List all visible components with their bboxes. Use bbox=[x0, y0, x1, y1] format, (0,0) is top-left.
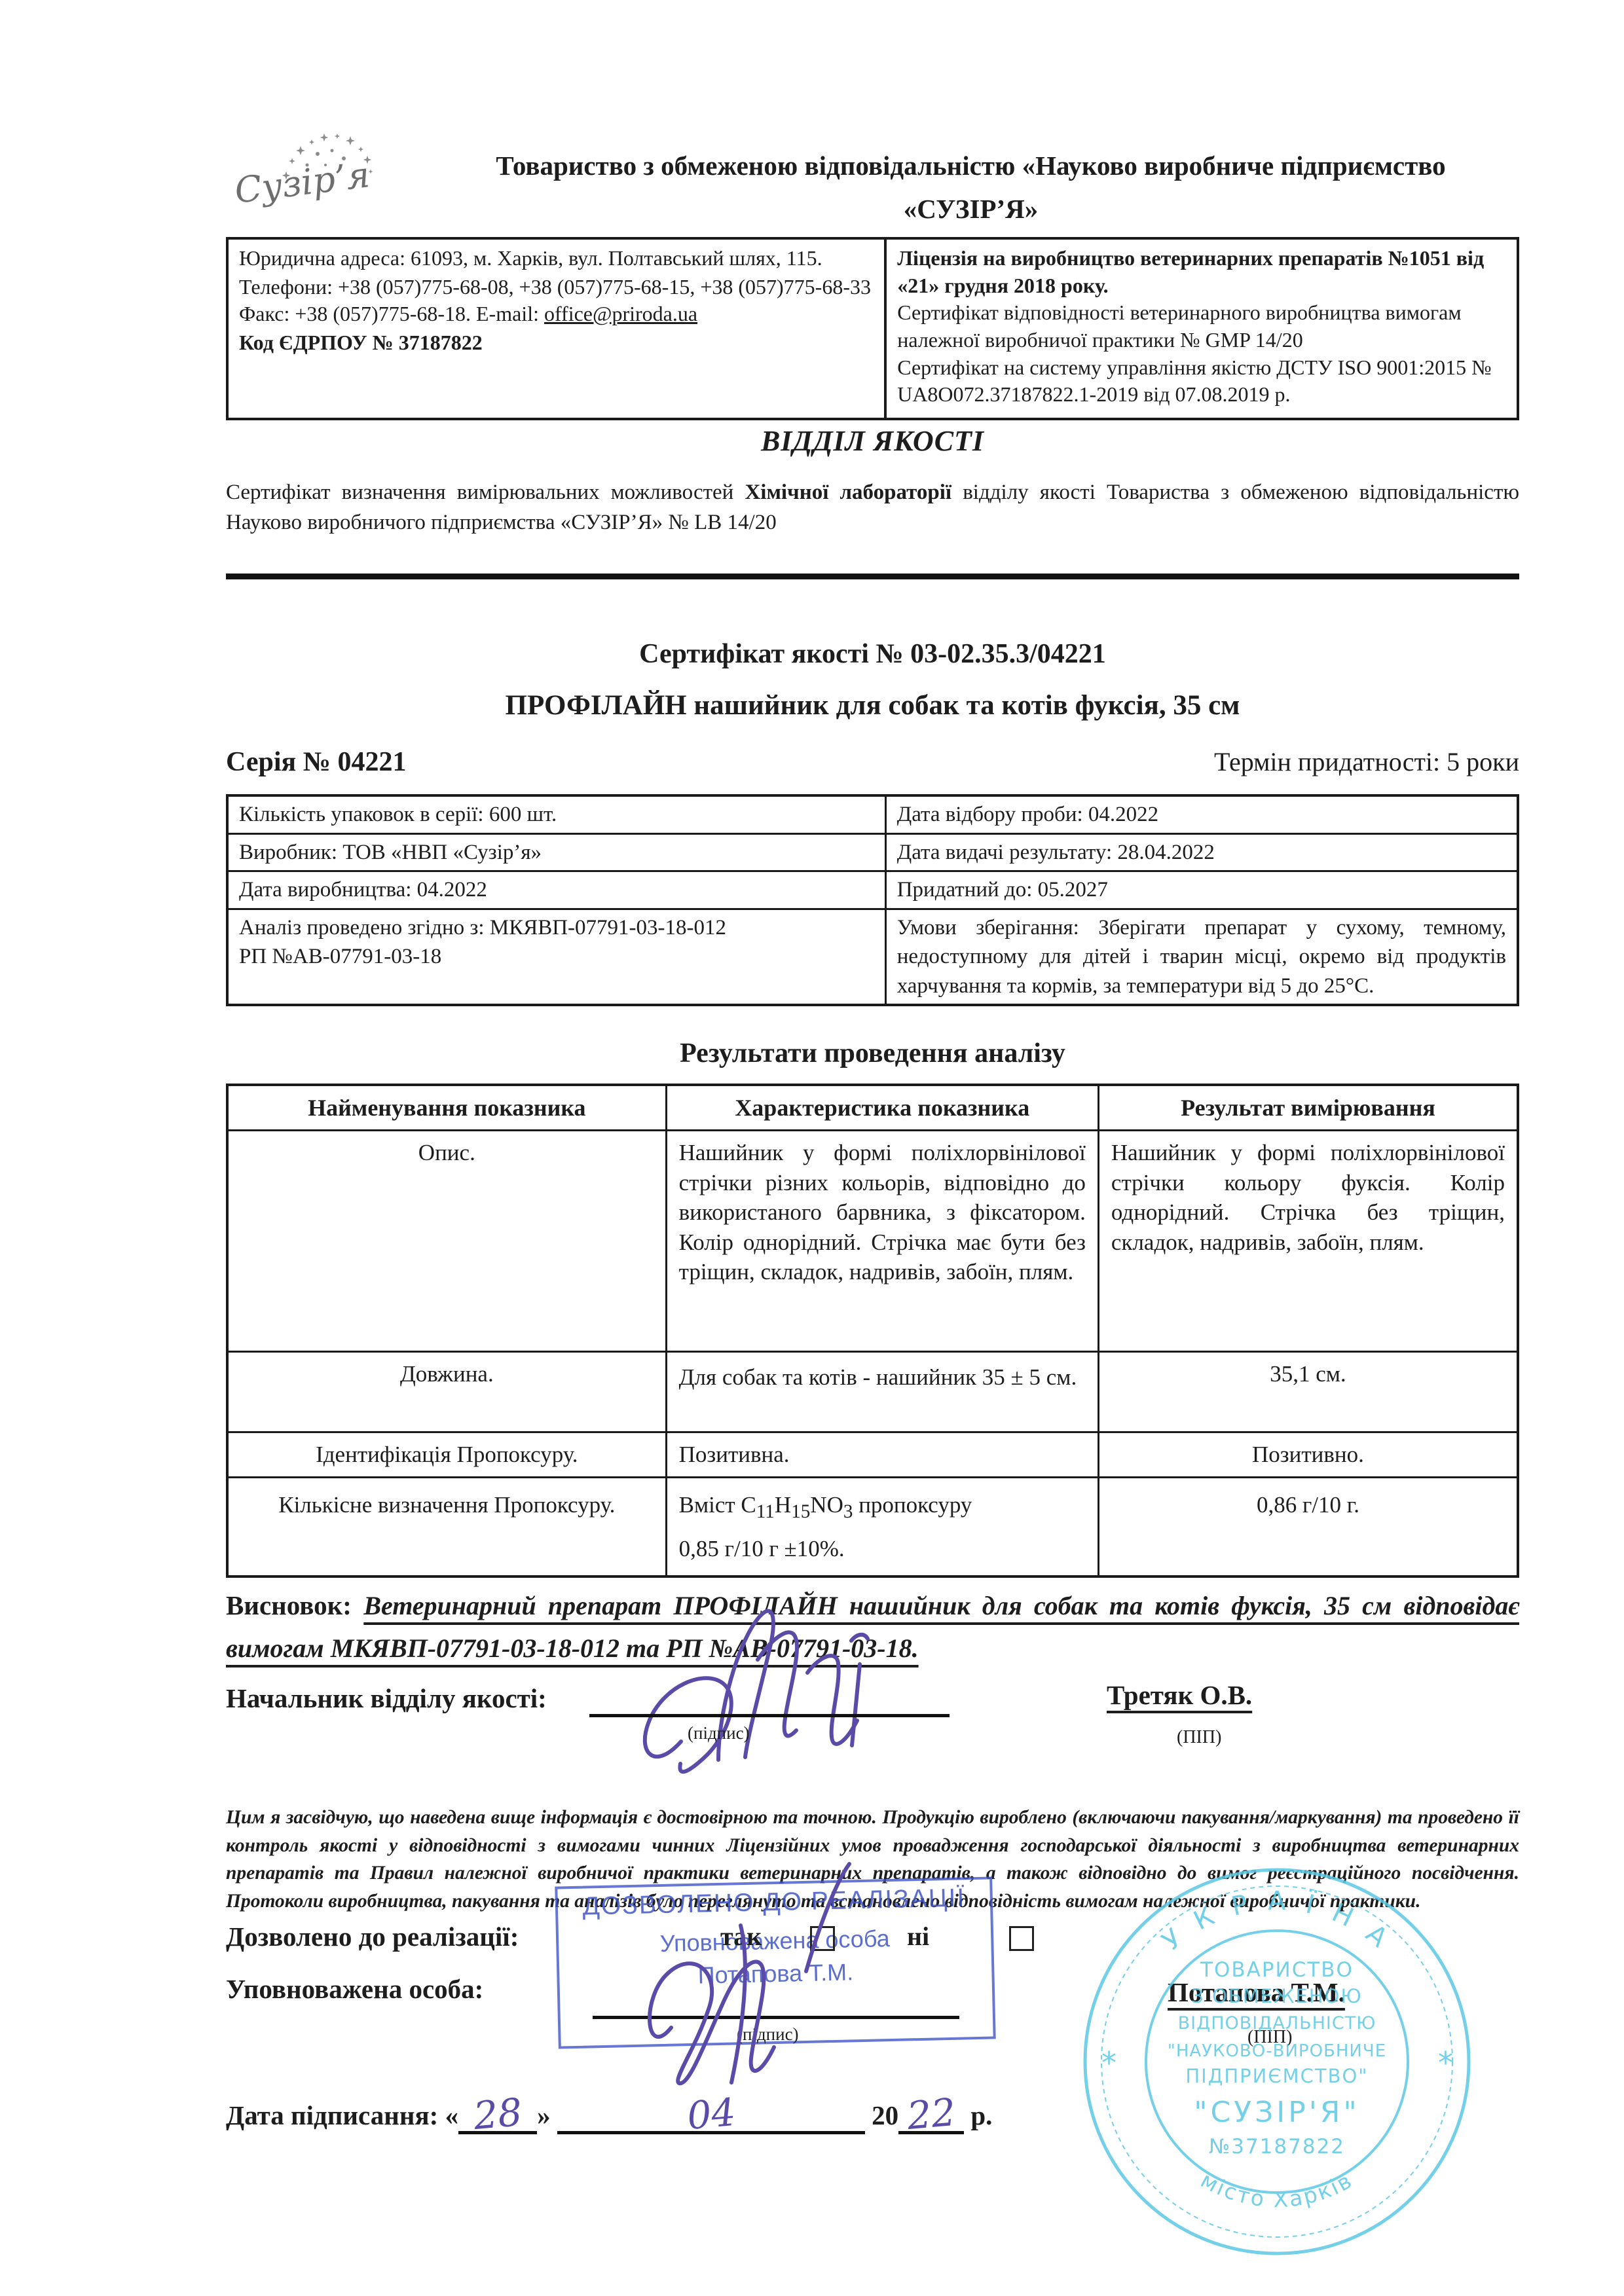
series-number: Серія № 04221 bbox=[226, 746, 406, 778]
storage-conditions: Умови зберігання: Зберігати препарат у с… bbox=[885, 909, 1518, 1005]
legal-address: Юридична адреса: 61093, м. Харків, вул. … bbox=[239, 245, 874, 272]
shelf-life: Термін придатності: 5 роки bbox=[1214, 746, 1519, 777]
date-month-field: 04 bbox=[557, 2094, 865, 2134]
analysis-method: Аналіз проведено згідно з: МКЯВП-07791-0… bbox=[227, 909, 885, 1005]
logo-graphic: Сузір’я bbox=[226, 118, 422, 226]
seal-star-icon: * bbox=[1101, 2045, 1116, 2081]
contacts: Телефони: +38 (057)775-68-08, +38 (057)7… bbox=[239, 274, 874, 328]
handwritten-month: 04 bbox=[686, 2095, 737, 2133]
document-header: Сузір’я Товариство з обмеженою відповіда… bbox=[226, 141, 1519, 230]
indicator-spec: Для собак та котів - нашийник 35 ± 5 см. bbox=[666, 1352, 1098, 1432]
company-title-line2: «СУЗІР’Я» bbox=[422, 188, 1519, 231]
seal-company-name: "СУЗІР'Я" bbox=[1194, 2096, 1359, 2129]
analysis-method-line1: Аналіз проведено згідно з: МКЯВП-07791-0… bbox=[239, 913, 874, 943]
series-row: Серія № 04221 Термін придатності: 5 роки bbox=[226, 746, 1519, 778]
horizontal-divider bbox=[226, 574, 1519, 579]
approval-block: ДОЗВОЛЕНО ДО РЕАЛІЗАЦІЇ Уповноважена осо… bbox=[226, 1921, 1519, 2287]
signing-date-row: Дата підписання: «28» 04 2022 р. bbox=[226, 2094, 992, 2134]
results-heading: Результати проведення аналізу bbox=[226, 1038, 1519, 1069]
handwritten-year: 22 bbox=[906, 2095, 957, 2133]
indicator-result: Нашийник у формі поліхлорвінілової стріч… bbox=[1098, 1131, 1518, 1352]
company-title-line1: Товариство з обмеженою відповідальністю … bbox=[422, 145, 1519, 188]
lab-cert-bold: Хімічної лабораторії bbox=[745, 481, 951, 504]
document-content: Сузір’я Товариство з обмеженою відповіда… bbox=[226, 0, 1519, 2287]
table-row: Юридична адреса: 61093, м. Харків, вул. … bbox=[227, 238, 1518, 419]
seal-star-icon: * bbox=[1438, 2045, 1453, 2081]
indicator-result: 35,1 см. bbox=[1098, 1352, 1518, 1432]
expiry-date: Придатний до: 05.2027 bbox=[885, 871, 1518, 909]
requisites-table: Юридична адреса: 61093, м. Харків, вул. … bbox=[226, 237, 1519, 420]
table-row: Опис. Нашийник у формі поліхлорвінілової… bbox=[227, 1131, 1518, 1352]
seal-city-arc: місто Харків bbox=[1196, 2167, 1357, 2213]
formula-part: H bbox=[775, 1492, 791, 1518]
table-row: Кількість упаковок в серії: 600 шт. Дата… bbox=[227, 795, 1518, 833]
formula-part: Вміст C bbox=[679, 1492, 756, 1518]
date-close-quote: » bbox=[537, 2100, 551, 2130]
content-limit-line: 0,85 г/10 г ±10%. bbox=[679, 1529, 1086, 1569]
seal-line: ПІДПРИЄМСТВО" bbox=[1185, 2065, 1368, 2087]
conclusion-label: Висновок: bbox=[226, 1590, 363, 1620]
date-suffix: р. bbox=[970, 2100, 992, 2130]
authorized-person-label: Уповноважена особа: bbox=[226, 1973, 483, 2005]
indicator-spec: Вміст C11H15NO3 пропоксуру 0,85 г/10 г ±… bbox=[666, 1477, 1098, 1576]
indicator-result: Позитивно. bbox=[1098, 1432, 1518, 1478]
head-signature-ink bbox=[619, 1578, 933, 1800]
company-title: Товариство з обмеженою відповідальністю … bbox=[422, 141, 1519, 230]
indicator-spec: Нашийник у формі поліхлорвінілової стріч… bbox=[666, 1131, 1098, 1352]
seal-line: ТОВАРИСТВО bbox=[1200, 1958, 1354, 1982]
lab-cert-prefix: Сертифікат визначення вимірювальних можл… bbox=[226, 481, 745, 504]
production-date: Дата виробництва: 04.2022 bbox=[227, 871, 885, 909]
table-row: Довжина. Для собак та котів - нашийник 3… bbox=[227, 1352, 1518, 1432]
quality-certificate-document: Сузір’я Товариство з обмеженою відповіда… bbox=[0, 0, 1624, 2296]
seal-line: З ОБМЕЖЕНОЮ bbox=[1191, 1985, 1362, 2007]
logo-text: Сузір’я bbox=[232, 154, 372, 211]
date-year-prefix: 20 bbox=[872, 2100, 898, 2130]
requisites-right-cell: Ліцензія на виробництво ветеринарних пре… bbox=[885, 238, 1518, 419]
authorized-signature-ink bbox=[632, 1911, 855, 2107]
batch-details-table: Кількість упаковок в серії: 600 шт. Дата… bbox=[226, 794, 1519, 1006]
indicator-name: Довжина. bbox=[227, 1352, 666, 1432]
sampling-date: Дата відбору проби: 04.2022 bbox=[885, 795, 1518, 833]
date-year-field: 22 bbox=[898, 2094, 964, 2134]
no-label: ні bbox=[907, 1921, 929, 1952]
seal-country-arc: У К Р А Ї Н А bbox=[1156, 1886, 1397, 1957]
formula-part: NO bbox=[810, 1492, 843, 1518]
formula-subscript: 15 bbox=[791, 1501, 810, 1522]
email-link: office@priroda.ua bbox=[544, 302, 697, 325]
indicator-name: Опис. bbox=[227, 1131, 666, 1352]
formula-part: пропоксуру bbox=[853, 1492, 972, 1518]
requisites-left-cell: Юридична адреса: 61093, м. Харків, вул. … bbox=[227, 238, 885, 419]
table-row: Кількісне визначення Пропоксуру. Вміст C… bbox=[227, 1477, 1518, 1576]
company-logo: Сузір’я bbox=[226, 118, 422, 230]
manufacturer: Виробник: ТОВ «НВП «Сузір’я» bbox=[227, 833, 885, 871]
table-row: Аналіз проведено згідно з: МКЯВП-07791-0… bbox=[227, 909, 1518, 1005]
head-of-quality-name: Третяк О.В. bbox=[1107, 1679, 1252, 1711]
column-header-result: Результат вимірювання bbox=[1098, 1085, 1518, 1131]
table-row: Дата виробництва: 04.2022 Придатний до: … bbox=[227, 871, 1518, 909]
formula-subscript: 11 bbox=[756, 1501, 775, 1522]
column-header-spec: Характеристика показника bbox=[666, 1085, 1098, 1131]
signature-caption: (підпис) bbox=[688, 1723, 750, 1743]
iso-certificate: Сертифікат на систему управління якістю … bbox=[897, 354, 1506, 409]
indicator-spec: Позитивна. bbox=[666, 1432, 1098, 1478]
date-label: Дата підписання: « bbox=[226, 2100, 458, 2130]
license-info: Ліцензія на виробництво ветеринарних пре… bbox=[897, 245, 1506, 299]
formula-subscript: 3 bbox=[843, 1501, 853, 1522]
indicator-name: Ідентифікація Пропоксуру. bbox=[227, 1432, 666, 1478]
edrpou-code: Код ЄДРПОУ № 37187822 bbox=[239, 329, 874, 357]
no-checkbox bbox=[1009, 1926, 1034, 1951]
table-row: Виробник: ТОВ «НВП «Сузір’я» Дата видачі… bbox=[227, 833, 1518, 871]
table-header-row: Найменування показника Характеристика по… bbox=[227, 1085, 1518, 1131]
signature-line bbox=[589, 1714, 950, 1717]
head-of-quality-signature-row: Начальник відділу якості: (підпис) Третя… bbox=[226, 1683, 1519, 1794]
seal-line: ВІДПОВІДАЛЬНІСТЮ bbox=[1178, 2013, 1376, 2033]
gmp-certificate: Сертифікат відповідності ветеринарного в… bbox=[897, 299, 1506, 354]
lab-certificate-paragraph: Сертифікат визначення вимірювальних можл… bbox=[226, 477, 1519, 538]
indicator-name: Кількісне визначення Пропоксуру. bbox=[227, 1477, 666, 1576]
handwritten-day: 28 bbox=[472, 2095, 523, 2133]
column-header-name: Найменування показника bbox=[227, 1085, 666, 1131]
quality-dept-heading: ВІДДІЛ ЯКОСТІ bbox=[226, 424, 1519, 458]
date-day-field: 28 bbox=[458, 2094, 537, 2134]
head-of-quality-label: Начальник відділу якості: bbox=[226, 1683, 547, 1714]
name-caption: (ПІП) bbox=[1177, 1727, 1221, 1748]
product-title: ПРОФІЛАЙН нашийник для собак та котів фу… bbox=[226, 689, 1519, 721]
table-row: Ідентифікація Пропоксуру. Позитивна. Поз… bbox=[227, 1432, 1518, 1478]
formula-line: Вміст C11H15NO3 пропоксуру bbox=[679, 1485, 1086, 1529]
indicator-result: 0,86 г/10 г. bbox=[1098, 1477, 1518, 1576]
packs-count: Кількість упаковок в серії: 600 шт. bbox=[227, 795, 885, 833]
results-table: Найменування показника Характеристика по… bbox=[226, 1084, 1519, 1578]
certificate-number-title: Сертифікат якості № 03-02.35.3/04221 bbox=[226, 638, 1519, 670]
round-company-seal: У К Р А Ї Н А місто Харків ТОВАРИСТВО З … bbox=[1074, 1859, 1480, 2265]
result-issue-date: Дата видачі результату: 28.04.2022 bbox=[885, 833, 1518, 871]
release-label: Дозволено до реалізації: bbox=[226, 1921, 519, 1952]
seal-line: "НАУКОВО-ВИРОБНИЧЕ bbox=[1168, 2041, 1386, 2061]
seal-code: №37187822 bbox=[1209, 2135, 1345, 2159]
analysis-method-line2: РП №АВ-07791-03-18 bbox=[239, 942, 874, 972]
